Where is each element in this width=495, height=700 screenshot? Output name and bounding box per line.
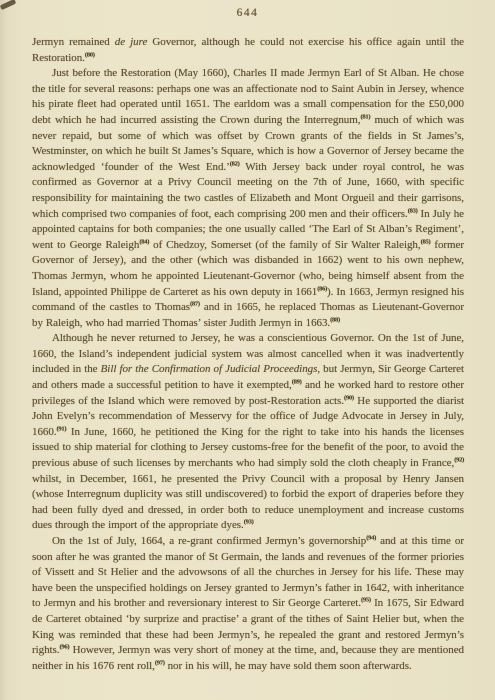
footnote-marker: (90): [344, 394, 354, 401]
paragraph: On the 1st of July, 1664, a re-grant con…: [32, 534, 464, 674]
paragraph: Just before the Restoration (May 1660), …: [32, 66, 464, 331]
paragraph: Although he never returned to Jersey, he…: [32, 331, 464, 534]
footnote-marker: (92): [454, 456, 464, 463]
footnote-marker: (83): [408, 207, 418, 214]
footnote-marker: (88): [330, 316, 340, 323]
footnote-marker: (96): [59, 644, 69, 651]
text-run: Jermyn remained: [32, 36, 115, 48]
footnote-marker: (85): [421, 238, 431, 245]
footnote-marker: (87): [190, 300, 200, 307]
text-run: de jure: [115, 36, 147, 48]
footnote-marker: (86): [317, 285, 327, 292]
footnote-marker: (89): [292, 378, 302, 385]
text-run: In June, 1660, he petitioned the King fo…: [32, 426, 464, 469]
footnote-marker: (91): [57, 425, 67, 432]
footnote-marker: (80): [85, 51, 95, 58]
text-run: Bill for the Confirmation of Judicial Pr…: [101, 363, 318, 375]
page-text: Jermyn remained de jure Governor, althou…: [32, 35, 464, 674]
paragraph: Jermyn remained de jure Governor, althou…: [32, 35, 464, 66]
footnote-marker: (82): [230, 160, 240, 167]
footnote-marker: (95): [361, 597, 371, 604]
text-run: of Chedzoy, Somerset (of the family of S…: [149, 239, 420, 251]
footnote-marker: (84): [139, 238, 149, 245]
book-page: 644 Jermyn remained de jure Governor, al…: [0, 0, 495, 700]
footnote-marker: (93): [244, 519, 254, 526]
footnote-marker: (81): [360, 113, 370, 120]
footnote-marker: (94): [366, 534, 376, 541]
text-run: nor in his will, he may have sold them s…: [165, 660, 412, 672]
footnote-marker: (97): [155, 659, 165, 666]
text-run: On the 1st of July, 1664, a re-grant con…: [52, 535, 366, 547]
page-number: 644: [0, 0, 495, 19]
